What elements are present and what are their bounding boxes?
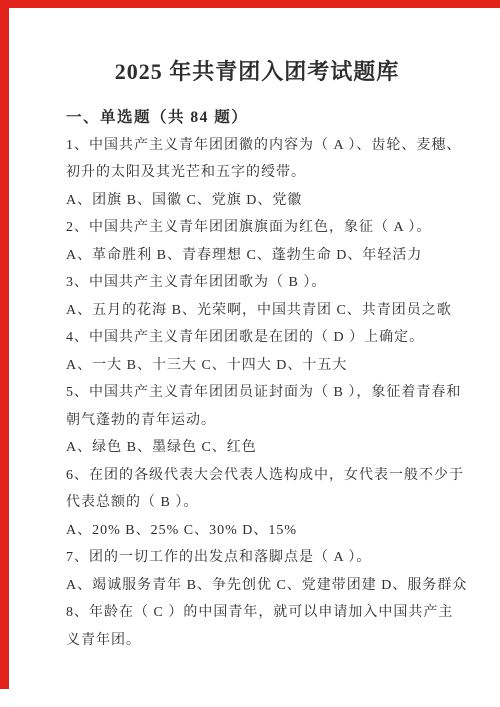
text-line: 朝气蓬勃的青年运动。 <box>66 407 448 435</box>
document-page: 2025 年共青团入团考试题库 一、单选题（共 84 题） 1、中国共产主义青年… <box>0 0 500 707</box>
text-line: 7、团的一切工作的出发点和落脚点是（ A ）。 <box>66 544 448 572</box>
text-line: 8、年龄在（ C ）的中国青年，就可以申请加入中国共产主 <box>66 599 448 627</box>
text-line: A、一大 B、十三大 C、十四大 D、十五大 <box>66 352 448 380</box>
text-line: A、绿色 B、墨绿色 C、红色 <box>66 434 448 462</box>
text-line: 6、在团的各级代表大会代表人选构成中，女代表一般不少于 <box>66 462 448 490</box>
text-line: 义青年团。 <box>66 627 448 655</box>
text-line: A、竭诚服务青年 B、争先创优 C、党建带团建 D、服务群众 <box>66 572 448 600</box>
document-title: 2025 年共青团入团考试题库 <box>66 0 448 87</box>
text-line: A、团旗 B、国徽 C、党旗 D、党徽 <box>66 187 448 215</box>
text-line: 初升的太阳及其光芒和五字的绶带。 <box>66 159 448 187</box>
left-border-bar <box>0 0 9 689</box>
text-line: A、革命胜利 B、青春理想 C、蓬勃生命 D、年轻活力 <box>66 242 448 270</box>
text-line: 3、中国共产主义青年团团歌为（ B ）。 <box>66 269 448 297</box>
document-content: 2025 年共青团入团考试题库 一、单选题（共 84 题） 1、中国共产主义青年… <box>66 0 448 654</box>
text-line: 4、中国共产主义青年团团歌是在团的（ D ）上确定。 <box>66 324 448 352</box>
text-line: 代表总额的（ B ）。 <box>66 489 448 517</box>
document-body: 一、单选题（共 84 题） 1、中国共产主义青年团团徽的内容为（ A ）、齿轮、… <box>66 104 448 654</box>
text-line: A、五月的花海 B、光荣啊，中国共青团 C、共青团员之歌 <box>66 297 448 325</box>
text-line: 5、中国共产主义青年团团员证封面为（ B ），象征着青春和 <box>66 379 448 407</box>
section-heading: 一、单选题（共 84 题） <box>66 104 448 132</box>
text-line: A、20% B、25% C、30% D、15% <box>66 517 448 545</box>
text-line: 2、中国共产主义青年团团旗旗面为红色，象征（ A ）。 <box>66 214 448 242</box>
text-line: 1、中国共产主义青年团团徽的内容为（ A ）、齿轮、麦穗、 <box>66 132 448 160</box>
